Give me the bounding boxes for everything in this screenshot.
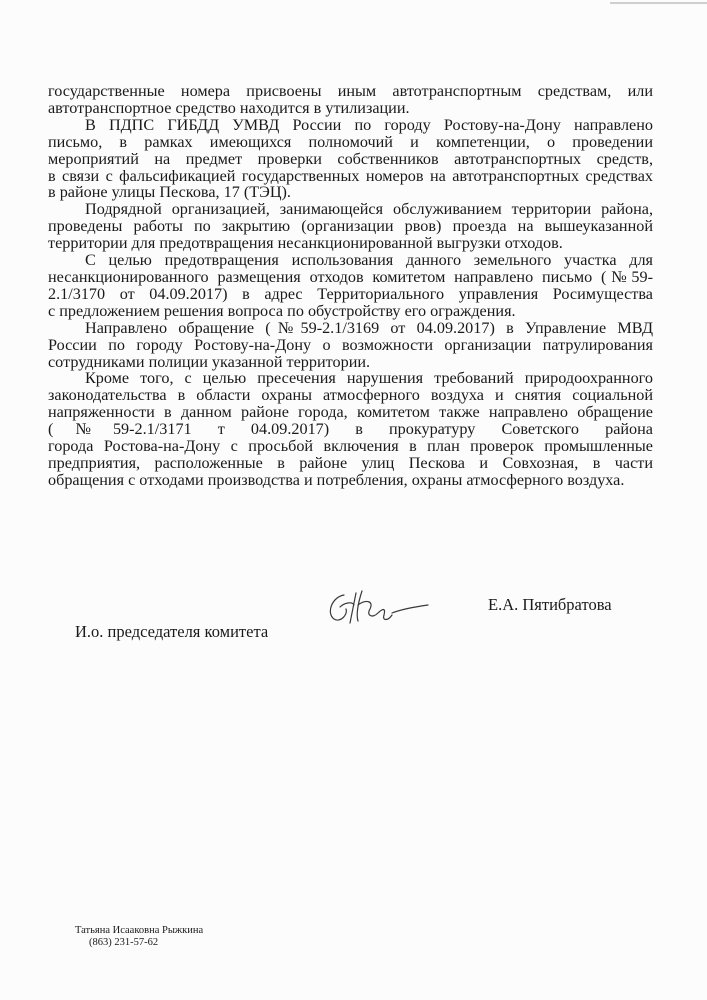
text-line: сотрудниками полиции указанной территори… (48, 354, 653, 371)
executor-name: Татьяна Исааковна Рыжкина (75, 925, 203, 936)
text-line: В ПДПС ГИБДД УМВД России по городу Росто… (48, 117, 653, 134)
paragraph: Направлено обращение (№59-2.1/3169 от 04… (48, 320, 653, 371)
paragraph: С целью предотвращения использования дан… (48, 252, 653, 320)
text-line: 2.1/3170 от 04.09.2017) в адрес Территор… (48, 286, 653, 303)
text-line: Подрядной организацией, занимающейся обс… (48, 201, 653, 218)
text-line: в связи с фальсификацией государственных… (48, 168, 653, 185)
text-line: (№59-2.1/3171 т 04.09.2017) в прокуратур… (48, 421, 653, 438)
paragraph: Кроме того, с целью пресечения нарушения… (48, 370, 653, 488)
executor-footer: Татьяна Исааковна Рыжкина (863) 231-57-6… (75, 925, 203, 949)
text-line: с предложением решения вопроса по обустр… (48, 303, 653, 320)
text-line: Кроме того, с целью пресечения нарушения… (48, 370, 653, 387)
executor-phone: (863) 231-57-62 (75, 937, 203, 949)
paragraph: государственные номера присвоены иным ав… (48, 83, 653, 117)
text-line: территории для предотвращения несанкцион… (48, 235, 653, 252)
text-line: предприятия, расположенные в районе улиц… (48, 455, 653, 472)
signatory-name: Е.А. Пятибратова (488, 595, 612, 615)
text-line: мероприятий на предмет проверки собствен… (48, 151, 653, 168)
letter-body: государственные номера присвоены иным ав… (48, 83, 653, 489)
text-line: обращения с отходами производства и потр… (48, 472, 653, 489)
text-line: законодательства в области охраны атмосф… (48, 387, 653, 404)
text-line: города Ростова-на-Дону с просьбой включе… (48, 438, 653, 455)
paragraph: Подрядной организацией, занимающейся обс… (48, 201, 653, 252)
handwritten-signature (322, 585, 432, 630)
text-line: напряженности в данном районе города, ко… (48, 404, 653, 421)
text-line: несанкционированного размещения отходов … (48, 269, 653, 286)
text-line: проведены работы по закрытию (организаци… (48, 218, 653, 235)
paragraph: В ПДПС ГИБДД УМВД России по городу Росто… (48, 117, 653, 202)
text-line: Направлено обращение (№59-2.1/3169 от 04… (48, 320, 653, 337)
text-line: автотранспортное средство находится в ут… (48, 100, 653, 117)
text-line: России по городу Ростову-на-Дону о возмо… (48, 337, 653, 354)
text-line: в районе улицы Пескова, 17 (ТЭЦ). (48, 184, 653, 201)
text-line: государственные номера присвоены иным ав… (48, 83, 653, 100)
text-line: письмо, в рамках имеющихся полномочий и … (48, 134, 653, 151)
text-line: С целью предотвращения использования дан… (48, 252, 653, 269)
scan-edge-line (610, 2, 707, 4)
signatory-title: И.о. председателя комитета (75, 622, 268, 642)
document-page: государственные номера присвоены иным ав… (0, 0, 707, 1000)
